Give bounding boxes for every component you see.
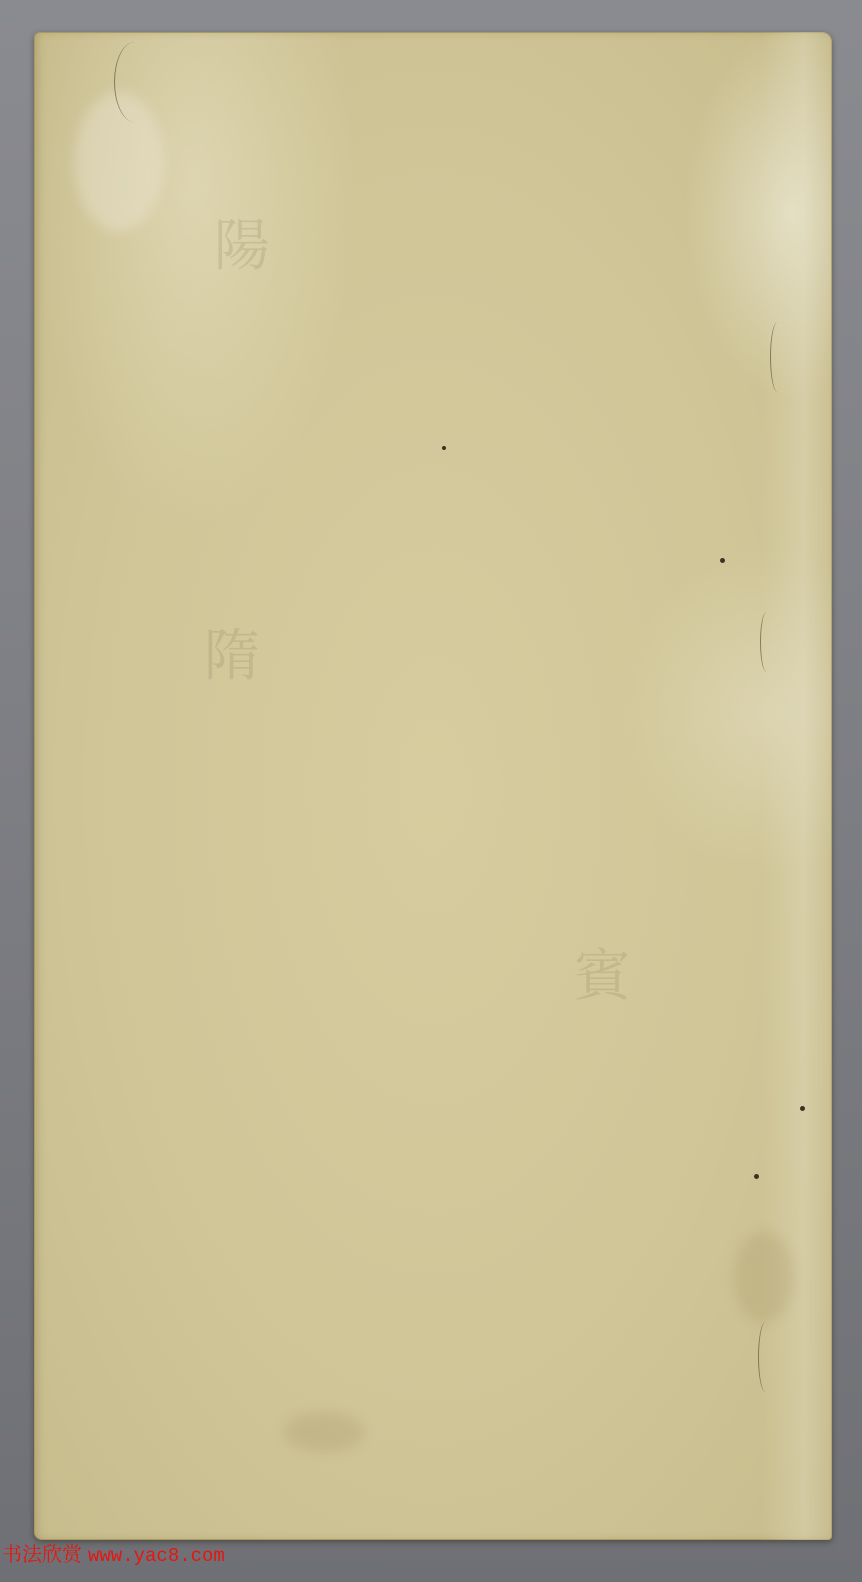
faint-character: 賓 <box>574 932 630 1012</box>
tear <box>760 612 773 672</box>
stain <box>284 1412 364 1452</box>
stitch-hole <box>800 1106 805 1111</box>
tear <box>114 42 155 122</box>
stitch-hole <box>754 1174 759 1179</box>
book-cover: 陽 隋 賓 <box>34 32 832 1540</box>
watermark: 书法欣赏www.yac8.com <box>2 1538 225 1567</box>
stitch-hole <box>442 446 446 450</box>
stain <box>734 1232 794 1322</box>
tear <box>770 322 785 392</box>
tear <box>758 1322 773 1392</box>
faint-character: 陽 <box>214 202 270 282</box>
watermark-url: www.yac8.com <box>88 1545 225 1567</box>
stain <box>74 92 164 232</box>
watermark-chinese-text: 书法欣赏 <box>2 1542 82 1566</box>
stitch-hole <box>720 558 725 563</box>
faint-character: 隋 <box>204 612 260 692</box>
